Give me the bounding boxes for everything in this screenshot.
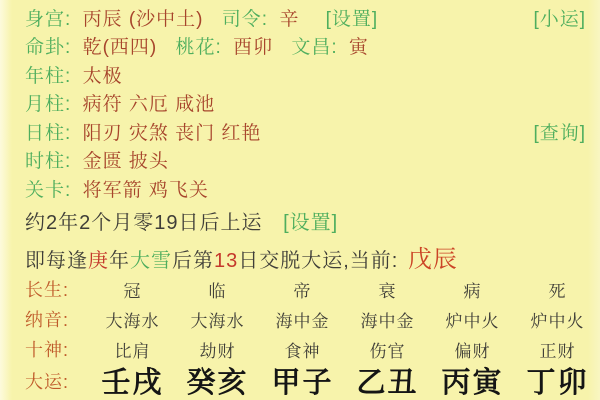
siling-value: 辛 — [279, 9, 299, 30]
table-cell: 偏财 — [430, 337, 515, 362]
table-cell: 炉中火 — [515, 307, 600, 332]
info-row-nianzhu: 年柱: 太极 — [25, 61, 590, 88]
settings-link-luck[interactable]: [设置] — [283, 212, 338, 234]
cycle-text-3: 后第 — [172, 250, 214, 272]
cycle-solar-term: 大雪 — [130, 250, 172, 272]
table-cell: 帝 — [260, 277, 345, 302]
wenchang-label: 文昌: — [291, 37, 337, 58]
table-row-shishen: 十神: 比肩 劫财 食神 伤官 偏财 正财 — [25, 336, 600, 362]
wenchang-value: 寅 — [349, 37, 369, 58]
dayun-pillar[interactable]: 乙丑 — [345, 360, 430, 400]
shizhu-value: 金匮 披头 — [83, 151, 169, 172]
table-cell: 比肩 — [90, 337, 175, 362]
taohua-value: 酉卯 — [233, 37, 273, 58]
table-row-dayun: 大运: 壬戌 癸亥 甲子 乙丑 丙寅 丁卯 — [25, 360, 600, 400]
dayun-pillar[interactable]: 癸亥 — [175, 360, 260, 400]
shengong-label: 身宫: — [25, 9, 71, 30]
current-dayun-value: 戊辰 — [408, 246, 458, 273]
table-row-changsheng: 长生: 冠 临 帝 衰 病 死 — [25, 276, 600, 302]
table-cell: 病 — [430, 277, 515, 302]
dayun-pillar[interactable]: 丁卯 — [515, 360, 600, 400]
dayun-label: 大运: — [25, 368, 90, 394]
cycle-year-stem: 庚 — [88, 250, 109, 272]
cycle-text-2: 年 — [109, 250, 130, 272]
luck-cycle-line: 即每逢庚年大雪后第13日交脱大运,当前: 戊辰 — [25, 239, 590, 274]
nianzhu-value: 太极 — [83, 66, 123, 87]
shizhu-label: 时柱: — [25, 151, 71, 172]
table-cell: 大海水 — [90, 307, 175, 332]
table-cell: 海中金 — [345, 307, 430, 332]
minor-luck-link[interactable]: [小运] — [533, 4, 586, 31]
table-cell: 死 — [515, 277, 600, 302]
info-row-shengong: 身宫: 丙辰 (沙中土) 司令: 辛 [设置] [小运] — [25, 4, 590, 31]
rizhu-value: 阳刃 灾煞 丧门 红艳 — [83, 123, 262, 144]
shishen-label: 十神: — [25, 336, 90, 362]
minggua-label: 命卦: — [25, 37, 71, 58]
rizhu-label: 日柱: — [25, 123, 71, 144]
table-cell: 大海水 — [175, 307, 260, 332]
nianzhu-label: 年柱: — [25, 66, 71, 87]
changsheng-label: 长生: — [25, 276, 90, 302]
query-link[interactable]: [查询] — [533, 118, 586, 145]
table-cell: 炉中火 — [430, 307, 515, 332]
settings-link-top[interactable]: [设置] — [326, 9, 379, 30]
guanka-value: 将军箭 鸡飞关 — [83, 180, 209, 201]
cycle-text-4: 日交脱大运,当前: — [238, 250, 405, 272]
shengong-value: 丙辰 (沙中土) — [83, 9, 204, 30]
dayun-pillar[interactable]: 壬戌 — [90, 360, 175, 400]
table-cell: 正财 — [515, 337, 600, 362]
dayun-pillar[interactable]: 甲子 — [260, 360, 345, 400]
dayun-pillar[interactable]: 丙寅 — [430, 360, 515, 400]
table-row-nayin: 纳音: 大海水 大海水 海中金 海中金 炉中火 炉中火 — [25, 306, 600, 332]
info-row-rizhu: 日柱: 阳刃 灾煞 丧门 红艳 [查询] — [25, 118, 590, 145]
table-cell: 衰 — [345, 277, 430, 302]
info-row-minggua: 命卦: 乾(西四) 桃花: 酉卯 文昌: 寅 — [25, 32, 590, 59]
table-cell: 伤官 — [345, 337, 430, 362]
cycle-text-1: 即每逢 — [25, 250, 88, 272]
yuezhu-value: 病符 六厄 咸池 — [83, 94, 216, 115]
info-row-guanka: 关卡: 将军箭 鸡飞关 — [25, 175, 590, 202]
table-cell: 临 — [175, 277, 260, 302]
info-row-yuezhu: 月柱: 病符 六厄 咸池 — [25, 89, 590, 116]
table-cell: 食神 — [260, 337, 345, 362]
nayin-label: 纳音: — [25, 306, 90, 332]
luck-start-line: 约2年2个月零19日后上运 [设置] — [25, 206, 590, 235]
info-row-shizhu: 时柱: 金匮 披头 — [25, 146, 590, 173]
guanka-label: 关卡: — [25, 180, 71, 201]
luck-start-text: 约2年2个月零19日后上运 — [25, 212, 263, 234]
table-cell: 劫财 — [175, 337, 260, 362]
bazi-app-screen: 身宫: 丙辰 (沙中土) 司令: 辛 [设置] [小运] 命卦: 乾(西四) 桃… — [0, 0, 600, 400]
yuezhu-label: 月柱: — [25, 94, 71, 115]
cycle-day-number: 13 — [214, 250, 238, 272]
minggua-value: 乾(西四) — [83, 37, 158, 58]
taohua-label: 桃花: — [176, 37, 222, 58]
table-cell: 冠 — [90, 277, 175, 302]
table-cell: 海中金 — [260, 307, 345, 332]
siling-label: 司令: — [222, 9, 268, 30]
